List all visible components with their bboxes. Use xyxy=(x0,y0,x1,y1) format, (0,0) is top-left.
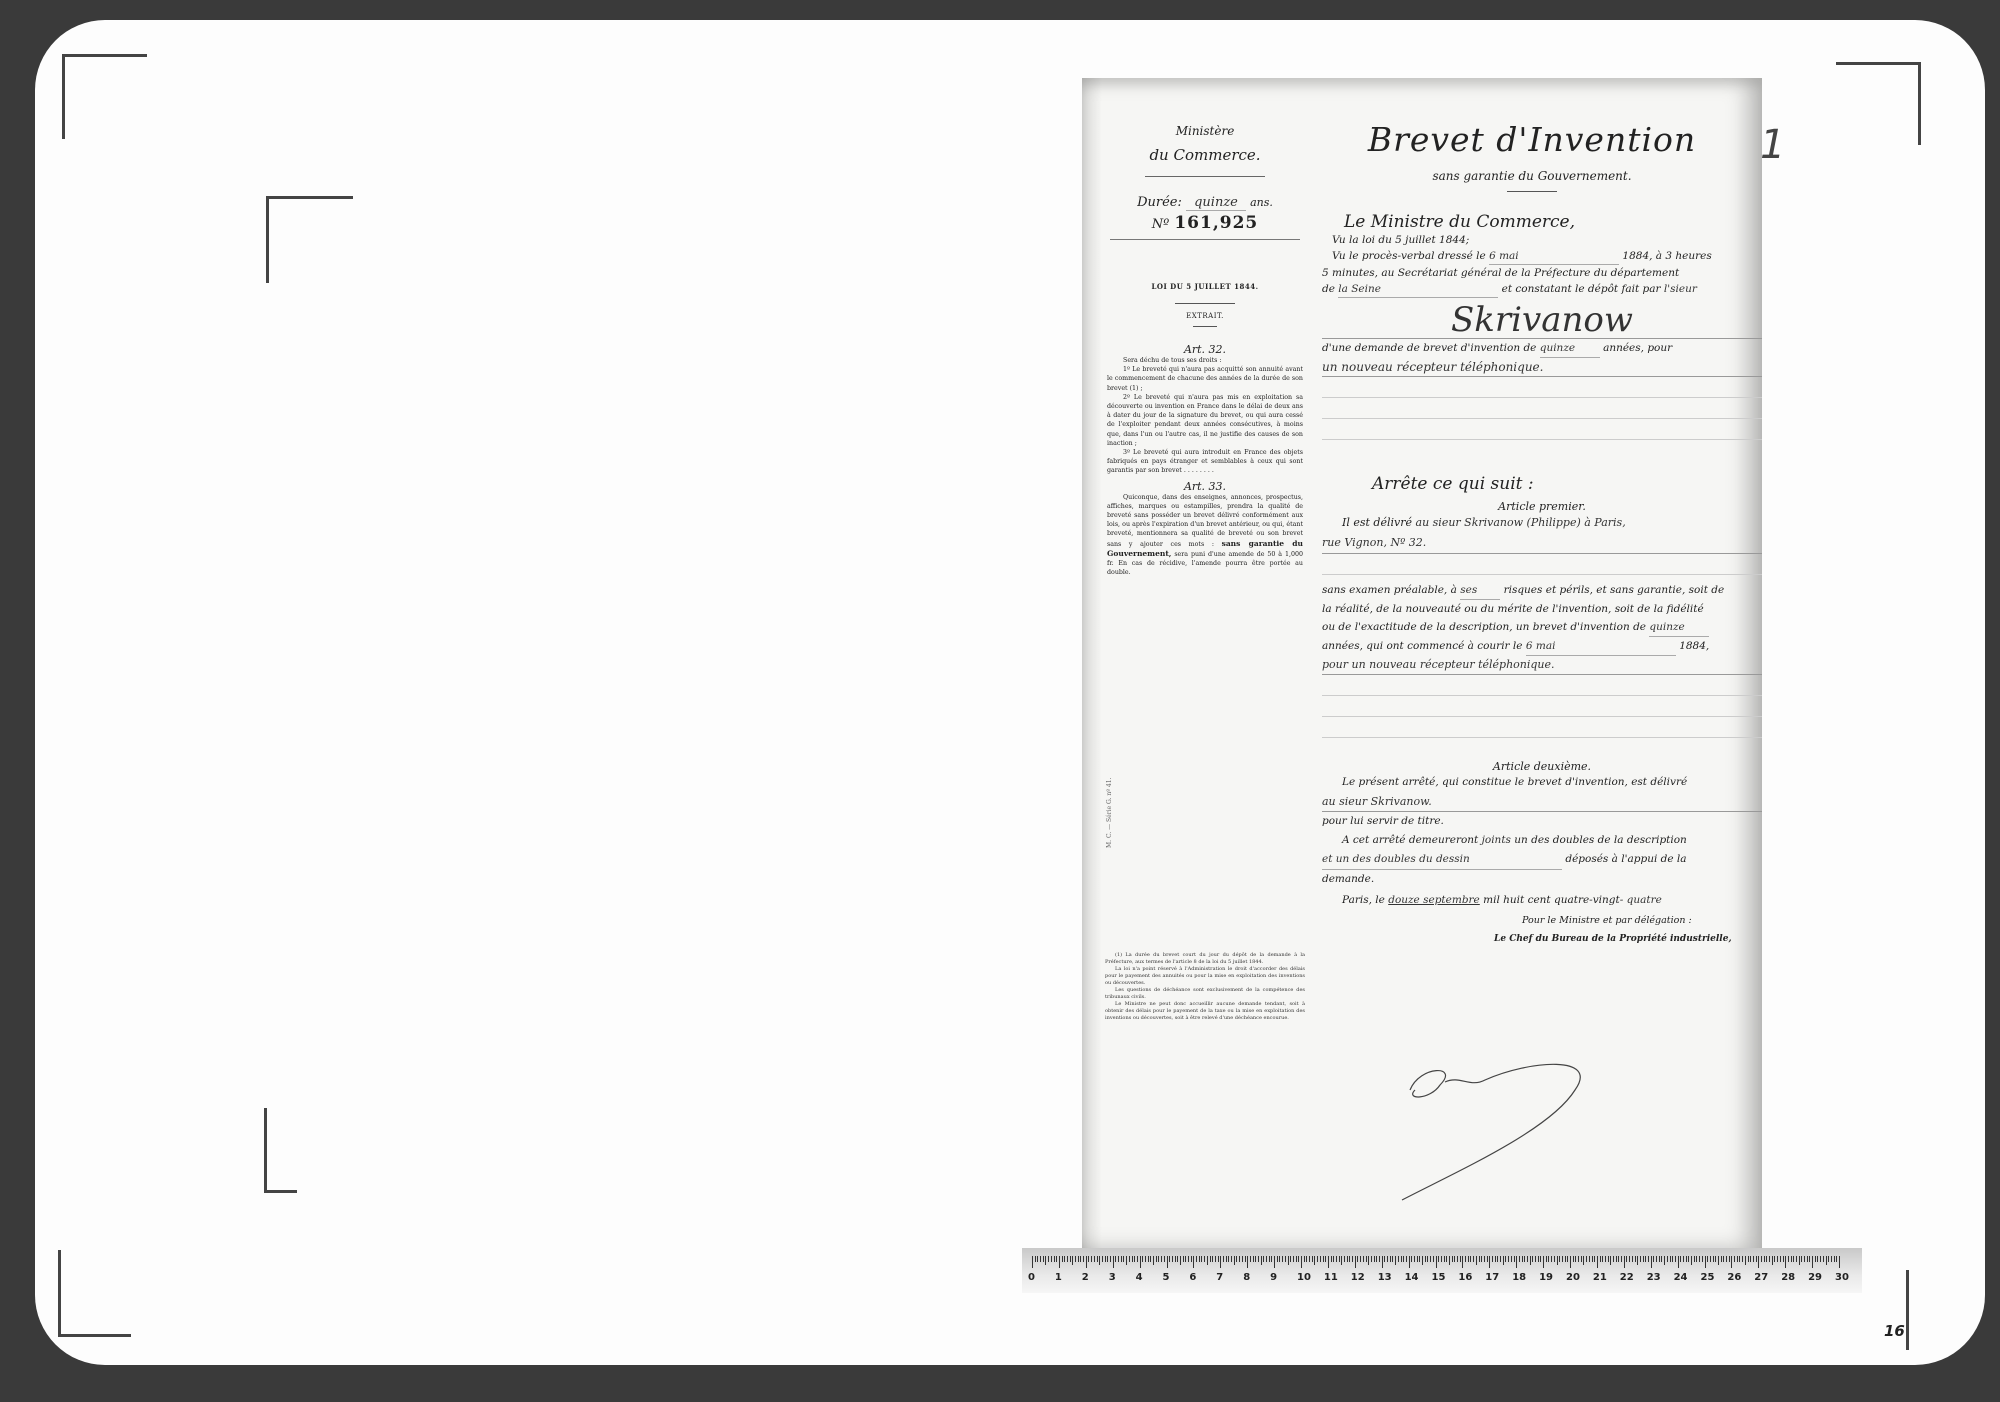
ruler-tick xyxy=(1487,1256,1488,1262)
vu2-text-b: 1884, à 3 heures xyxy=(1622,250,1711,262)
ruler-tick xyxy=(1099,1256,1100,1265)
ruler-tick xyxy=(1758,1256,1759,1268)
ruler-tick xyxy=(1271,1256,1272,1262)
ruler-tick xyxy=(1239,1256,1240,1262)
ruler-tick xyxy=(1567,1256,1568,1262)
ruler-tick xyxy=(1750,1256,1751,1262)
ruler-tick xyxy=(1368,1256,1369,1265)
ruler-tick xyxy=(1449,1256,1450,1265)
ruler-tick xyxy=(1726,1256,1727,1262)
ruler-tick xyxy=(1497,1256,1498,1262)
ruler-tick xyxy=(1253,1256,1254,1262)
ruler-tick xyxy=(1285,1256,1286,1262)
ruler-tick xyxy=(1398,1256,1399,1262)
ruler-tick xyxy=(1306,1256,1307,1262)
ruler-tick xyxy=(1519,1256,1520,1262)
document-title: Brevet d'Invention xyxy=(1302,120,1762,159)
ruler-tick xyxy=(1452,1256,1453,1262)
ruler-tick xyxy=(1344,1256,1345,1262)
ruler-tick xyxy=(1062,1256,1063,1262)
ruler-tick xyxy=(1078,1256,1079,1262)
applicant-line: Skrivanow xyxy=(1322,300,1762,339)
ruler-tick xyxy=(1586,1256,1587,1262)
ruler-tick xyxy=(1083,1256,1084,1262)
ruler-tick xyxy=(1118,1256,1119,1262)
ruler-tick xyxy=(1320,1256,1321,1262)
ruler-tick xyxy=(1274,1256,1275,1268)
ruler-tick xyxy=(1414,1256,1415,1262)
extract-heading: EXTRAIT. xyxy=(1105,312,1305,320)
ruler-tick xyxy=(1686,1256,1687,1262)
ruler-tick xyxy=(1132,1256,1133,1262)
ruler-tick xyxy=(1210,1256,1211,1262)
ruler-tick xyxy=(1261,1256,1262,1265)
ruler-tick xyxy=(1288,1256,1289,1265)
ruler-tick xyxy=(1530,1256,1531,1265)
art1-line-5: ou de l'exactitude de la description, un… xyxy=(1322,618,1762,637)
ruler-tick xyxy=(1648,1256,1649,1262)
ruler-tick xyxy=(1347,1256,1348,1262)
ministry-line2: du Commerce. xyxy=(1105,146,1305,164)
ruler-tick xyxy=(1035,1256,1036,1262)
ruler-tick xyxy=(1070,1256,1071,1262)
ruler-label: 7 xyxy=(1216,1272,1223,1283)
ruler-tick xyxy=(1325,1256,1326,1262)
ruler-label: 11 xyxy=(1324,1272,1338,1283)
ruler-tick xyxy=(1761,1256,1762,1262)
ruler-tick xyxy=(1366,1256,1367,1262)
vu2-text-a: Vu le procès-verbal dressé le xyxy=(1332,250,1486,262)
ruler-tick xyxy=(1481,1256,1482,1262)
ruler-tick xyxy=(1562,1256,1563,1262)
ruler-tick xyxy=(1793,1256,1794,1262)
ruler-tick xyxy=(1546,1256,1547,1262)
ruler-tick xyxy=(1312,1256,1313,1262)
ruler-tick xyxy=(1037,1256,1038,1262)
ruler-tick xyxy=(1142,1256,1143,1262)
ruler-tick xyxy=(1788,1256,1789,1262)
ruler-tick xyxy=(1201,1256,1202,1262)
art2-line-5: et un des doubles du dessin déposés à l'… xyxy=(1322,850,1762,870)
art1-b4-a: années, qui ont commencé à courir le xyxy=(1322,640,1523,652)
ruler-label: 27 xyxy=(1754,1272,1768,1283)
ruler-tick xyxy=(1492,1256,1493,1262)
ruler-tick xyxy=(1425,1256,1426,1262)
document-subtitle: sans garantie du Gouvernement. xyxy=(1302,169,1762,183)
ruler-tick xyxy=(1723,1256,1724,1262)
ruler-label: 19 xyxy=(1539,1272,1553,1283)
ruler-tick xyxy=(1548,1256,1549,1262)
art1-line-4: la réalité, de la nouveauté ou du mérite… xyxy=(1322,600,1762,618)
ruler-tick xyxy=(1403,1256,1404,1262)
ruler-tick xyxy=(1134,1256,1135,1262)
ruler-tick xyxy=(1839,1256,1840,1268)
ruler-tick xyxy=(1436,1256,1437,1268)
ruler-tick xyxy=(1177,1256,1178,1262)
ruler-tick xyxy=(1430,1256,1431,1262)
art1-b3-a: ou de l'exactitude de la description, un… xyxy=(1322,621,1646,633)
ruler-tick xyxy=(1705,1256,1706,1268)
ruler-tick xyxy=(1158,1256,1159,1262)
ruler-tick xyxy=(1516,1256,1517,1268)
ruler-tick xyxy=(1196,1256,1197,1262)
ruler-tick xyxy=(1817,1256,1818,1262)
ruler-tick xyxy=(1419,1256,1420,1262)
ruler-tick xyxy=(1137,1256,1138,1262)
ruler-tick xyxy=(1387,1256,1388,1262)
ruler-tick xyxy=(1401,1256,1402,1262)
art32-p3: 3º Le breveté qui aura introduit en Fran… xyxy=(1107,448,1303,476)
ruler-tick xyxy=(1438,1256,1439,1262)
art1-holder: au sieur Skrivanow (Philippe) à Paris, xyxy=(1416,516,1626,529)
left-column: Ministère du Commerce. Durée: quinze ans… xyxy=(1105,120,1305,577)
vu-line-2: Vu le procès-verbal dressé le 6 mai 1884… xyxy=(1332,248,1762,265)
ruler-tick xyxy=(1731,1256,1732,1268)
ruler-tick xyxy=(1748,1256,1749,1262)
ruler-tick xyxy=(1145,1256,1146,1262)
ruler-tick xyxy=(1406,1256,1407,1262)
ruler-label: 26 xyxy=(1727,1272,1741,1283)
art2-line-3: pour lui servir de titre. xyxy=(1322,812,1762,831)
duration-line: Durée: quinze ans. xyxy=(1105,195,1305,211)
ruler-tick xyxy=(1223,1256,1224,1262)
art33-text: Quiconque, dans des enseignes, annonces,… xyxy=(1105,493,1305,578)
footnote-1: (1) La durée du brevet court du jour du … xyxy=(1105,952,1305,966)
signature-line-2: Le Chef du Bureau de la Propriété indust… xyxy=(1494,934,1762,944)
ruler-tick xyxy=(1167,1256,1168,1268)
vu4-text-a: de xyxy=(1322,283,1335,295)
ruler-tick xyxy=(1653,1256,1654,1262)
ruler-tick xyxy=(1734,1256,1735,1262)
ruler-tick xyxy=(1764,1256,1765,1262)
blank-line xyxy=(1322,554,1762,575)
ruler-tick xyxy=(1376,1256,1377,1262)
signature-flourish xyxy=(1400,1060,1700,1210)
ruler-tick xyxy=(1575,1256,1576,1262)
ruler-label: 5 xyxy=(1163,1272,1170,1283)
ruler-tick xyxy=(1266,1256,1267,1262)
ruler-tick xyxy=(1032,1256,1033,1268)
ruler-tick xyxy=(1298,1256,1299,1262)
ruler-tick xyxy=(1056,1256,1057,1262)
ruler-tick xyxy=(1742,1256,1743,1262)
ruler-tick xyxy=(1780,1256,1781,1262)
ruler-tick xyxy=(1551,1256,1552,1262)
ruler-tick xyxy=(1766,1256,1767,1262)
ruler-label: 2 xyxy=(1082,1272,1089,1283)
page-mark: 1 xyxy=(1760,122,1785,168)
art32-p1: 1º Le breveté qui n'aura pas acquitté so… xyxy=(1107,365,1303,393)
ruler-label: 0 xyxy=(1028,1272,1035,1283)
ruler-tick xyxy=(1691,1256,1692,1265)
ruler-tick xyxy=(1799,1256,1800,1265)
ruler-label: 8 xyxy=(1243,1272,1250,1283)
ruler-tick xyxy=(1592,1256,1593,1262)
ruler-tick xyxy=(1699,1256,1700,1262)
ruler-tick xyxy=(1228,1256,1229,1262)
applicant-name: Skrivanow xyxy=(1451,300,1633,340)
ruler-tick xyxy=(1661,1256,1662,1262)
ruler-label: 25 xyxy=(1701,1272,1715,1283)
ruler-tick xyxy=(1710,1256,1711,1262)
ruler-tick xyxy=(1336,1256,1337,1262)
ruler-tick xyxy=(1371,1256,1372,1262)
ruler-tick xyxy=(1199,1256,1200,1262)
footnote-2: La loi n'a point réservé à l'Administrat… xyxy=(1105,966,1305,987)
ruler-tick xyxy=(1282,1256,1283,1262)
crop-mark-top-left-inner xyxy=(266,196,353,283)
vu-line-4: de la Seine et constatant le dépôt fait … xyxy=(1322,281,1762,298)
ruler-tick xyxy=(1040,1256,1041,1262)
ruler-tick xyxy=(1374,1256,1375,1262)
ruler-tick xyxy=(1129,1256,1130,1262)
ruler-tick xyxy=(1153,1256,1154,1265)
ruler-tick xyxy=(1247,1256,1248,1268)
ruler-tick xyxy=(1304,1256,1305,1262)
ruler-tick xyxy=(1637,1256,1638,1265)
ruler-tick xyxy=(1503,1256,1504,1265)
article1-title: Article premier. xyxy=(1322,500,1762,513)
divider xyxy=(1110,239,1300,240)
ruler-tick xyxy=(1339,1256,1340,1262)
ruler-tick xyxy=(1745,1256,1746,1265)
ruler-tick xyxy=(1293,1256,1294,1262)
ruler-tick xyxy=(1204,1256,1205,1262)
ruler-tick xyxy=(1457,1256,1458,1262)
ruler-label: 21 xyxy=(1593,1272,1607,1283)
ruler-tick xyxy=(1164,1256,1165,1262)
ruler-tick xyxy=(1355,1256,1356,1268)
ruler-label: 16 xyxy=(1458,1272,1472,1283)
ruler-label: 13 xyxy=(1378,1272,1392,1283)
ruler-tick xyxy=(1739,1256,1740,1262)
ruler-tick xyxy=(1688,1256,1689,1262)
ruler-label: 18 xyxy=(1512,1272,1526,1283)
ruler-tick xyxy=(1565,1256,1566,1262)
vu-line-1: Vu la loi du 5 juillet 1844; xyxy=(1332,232,1762,248)
ruler-tick xyxy=(1191,1256,1192,1262)
ruler-tick xyxy=(1694,1256,1695,1262)
ruler-tick xyxy=(1220,1256,1221,1268)
ruler-tick xyxy=(1236,1256,1237,1262)
ruler-tick xyxy=(1175,1256,1176,1262)
ruler-label: 6 xyxy=(1189,1272,1196,1283)
ruler-label: 3 xyxy=(1109,1272,1116,1283)
article2-title: Article deuxième. xyxy=(1322,760,1762,773)
ruler-tick xyxy=(1834,1256,1835,1262)
ruler-tick xyxy=(1357,1256,1358,1262)
ruler-tick xyxy=(1290,1256,1291,1262)
ruler-tick xyxy=(1600,1256,1601,1262)
ruler-tick xyxy=(1462,1256,1463,1268)
ruler-tick xyxy=(1169,1256,1170,1262)
ruler-tick xyxy=(1460,1256,1461,1262)
ruler-tick xyxy=(1505,1256,1506,1262)
footnotes: (1) La durée du brevet court du jour du … xyxy=(1105,952,1305,1022)
ruler-tick xyxy=(1269,1256,1270,1262)
ruler-tick xyxy=(1667,1256,1668,1262)
ruler-label: 14 xyxy=(1405,1272,1419,1283)
ruler-tick xyxy=(1409,1256,1410,1268)
ruler-label: 12 xyxy=(1351,1272,1365,1283)
ruler-tick xyxy=(1212,1256,1213,1262)
ruler-tick xyxy=(1263,1256,1264,1262)
ruler-label: 1 xyxy=(1055,1272,1062,1283)
ruler-tick xyxy=(1645,1256,1646,1262)
ruler-tick xyxy=(1110,1256,1111,1262)
demand-text-a: d'une demande de brevet d'invention de xyxy=(1322,342,1536,354)
divider xyxy=(1175,303,1235,304)
crop-mark-top-right xyxy=(1836,62,1921,145)
ruler-tick xyxy=(1659,1256,1660,1262)
ruler-tick xyxy=(1193,1256,1194,1268)
ruler-tick xyxy=(1581,1256,1582,1262)
ruler-tick xyxy=(1543,1256,1544,1268)
ruler-tick xyxy=(1473,1256,1474,1262)
ruler-tick xyxy=(1363,1256,1364,1262)
ruler-tick xyxy=(1441,1256,1442,1262)
ruler-tick xyxy=(1341,1256,1342,1265)
ruler-tick xyxy=(1589,1256,1590,1262)
ruler-tick xyxy=(1605,1256,1606,1262)
ruler-tick xyxy=(1465,1256,1466,1262)
ruler-label: 17 xyxy=(1485,1272,1499,1283)
ruler-label: 9 xyxy=(1270,1272,1277,1283)
duration-unit: ans. xyxy=(1250,196,1273,209)
ruler-tick xyxy=(1559,1256,1560,1262)
ruler-tick xyxy=(1643,1256,1644,1262)
ruler-tick xyxy=(1538,1256,1539,1262)
signature-line-1: Pour le Ministre et par délégation : xyxy=(1522,915,1762,926)
ruler-tick xyxy=(1602,1256,1603,1262)
ruler-tick xyxy=(1618,1256,1619,1262)
art32-text: Sera déchu de tous ses droits : 1º Le br… xyxy=(1105,356,1305,476)
ruler-tick xyxy=(1245,1256,1246,1262)
crop-mark-bottom-left-inner xyxy=(264,1108,297,1193)
demand-line: d'une demande de brevet d'invention de q… xyxy=(1322,339,1762,358)
department: la Seine xyxy=(1338,281,1498,298)
art2-line-6: demande. xyxy=(1322,870,1762,889)
blank-line xyxy=(1322,696,1762,717)
blank-line xyxy=(1322,675,1762,696)
ruler-tick xyxy=(1785,1256,1786,1268)
blank-line xyxy=(1322,419,1762,440)
ruler-tick xyxy=(1384,1256,1385,1262)
ruler-tick xyxy=(1183,1256,1184,1262)
art2-c-c: un des doubles de la description xyxy=(1514,834,1687,846)
art2-line-4: A cet arrêté demeureront joints un des d… xyxy=(1342,831,1762,850)
ruler-tick xyxy=(1511,1256,1512,1262)
ruler-tick xyxy=(1215,1256,1216,1262)
patent-number: Nº 161,925 xyxy=(1105,213,1305,233)
ruler-tick xyxy=(1532,1256,1533,1262)
number-value: 161,925 xyxy=(1174,213,1258,233)
ruler-tick xyxy=(1635,1256,1636,1262)
ruler-label: 15 xyxy=(1432,1272,1446,1283)
ruler-label: 23 xyxy=(1647,1272,1661,1283)
ruler-label: 10 xyxy=(1297,1272,1311,1283)
ruler-tick xyxy=(1828,1256,1829,1262)
ruler-tick xyxy=(1352,1256,1353,1262)
ruler-tick xyxy=(1702,1256,1703,1262)
date-year: quatre xyxy=(1627,894,1662,906)
art33-title: Art. 33. xyxy=(1105,480,1305,493)
ruler-tick xyxy=(1255,1256,1256,1262)
ruler-tick xyxy=(1113,1256,1114,1268)
divider xyxy=(1145,176,1265,177)
ruler-tick xyxy=(1150,1256,1151,1262)
ruler-tick xyxy=(1328,1256,1329,1268)
ruler-tick xyxy=(1045,1256,1046,1265)
arrete-heading: Arrête ce qui suit : xyxy=(1372,474,1762,494)
ruler-tick xyxy=(1349,1256,1350,1262)
number-label: Nº xyxy=(1152,217,1170,232)
ruler-tick xyxy=(1812,1256,1813,1268)
ruler-tick xyxy=(1670,1256,1671,1262)
art1-b1-b: risques et périls, et sans garantie, soi… xyxy=(1504,584,1725,596)
ruler-tick xyxy=(1140,1256,1141,1268)
date-day: douze septembre xyxy=(1388,894,1480,906)
ruler-tick xyxy=(1610,1256,1611,1265)
ruler-tick xyxy=(1707,1256,1708,1262)
art1-years: quinze xyxy=(1649,618,1709,637)
ruler-tick xyxy=(1231,1256,1232,1262)
ruler-tick xyxy=(1557,1256,1558,1265)
ruler-tick xyxy=(1769,1256,1770,1262)
ruler-tick xyxy=(1777,1256,1778,1262)
ruler-tick xyxy=(1331,1256,1332,1262)
ruler-tick xyxy=(1672,1256,1673,1262)
vu4-text-b: et constatant le dépôt fait par xyxy=(1502,283,1661,295)
duration-label: Durée: xyxy=(1137,195,1182,210)
ruler-tick xyxy=(1608,1256,1609,1262)
ruler-tick xyxy=(1756,1256,1757,1262)
ruler-tick xyxy=(1411,1256,1412,1262)
ruler-tick xyxy=(1333,1256,1334,1262)
ruler-tick xyxy=(1823,1256,1824,1262)
ruler-tick xyxy=(1651,1256,1652,1268)
ruler-tick xyxy=(1683,1256,1684,1262)
ruler-tick xyxy=(1583,1256,1584,1265)
blank-line xyxy=(1322,377,1762,398)
measurement-ruler: 0123456789101112131415161718192021222324… xyxy=(1022,1248,1862,1293)
ruler-tick xyxy=(1323,1256,1324,1262)
ruler-tick xyxy=(1554,1256,1555,1262)
date-text-b: mil huit cent quatre-vingt- xyxy=(1483,894,1623,906)
ruler-tick xyxy=(1476,1256,1477,1265)
divider xyxy=(1193,326,1217,327)
sheet-number: 16 xyxy=(1884,1322,1905,1340)
ruler-tick xyxy=(1080,1256,1081,1262)
ruler-tick xyxy=(1172,1256,1173,1262)
ruler-tick xyxy=(1051,1256,1052,1262)
ruler-tick xyxy=(1064,1256,1065,1262)
ruler-tick xyxy=(1713,1256,1714,1262)
ruler-tick xyxy=(1390,1256,1391,1262)
ruler-label: 20 xyxy=(1566,1272,1580,1283)
ruler-tick xyxy=(1809,1256,1810,1262)
ruler-tick xyxy=(1043,1256,1044,1262)
ruler-tick xyxy=(1807,1256,1808,1262)
ruler-label: 30 xyxy=(1835,1272,1849,1283)
ruler-label: 22 xyxy=(1620,1272,1634,1283)
ruler-tick xyxy=(1242,1256,1243,1262)
ruler-tick xyxy=(1161,1256,1162,1262)
ruler-tick xyxy=(1470,1256,1471,1262)
ruler-tick xyxy=(1522,1256,1523,1262)
footnote-4: Le Ministre ne peut donc accueillir aucu… xyxy=(1105,1001,1305,1022)
ruler-label: 24 xyxy=(1674,1272,1688,1283)
